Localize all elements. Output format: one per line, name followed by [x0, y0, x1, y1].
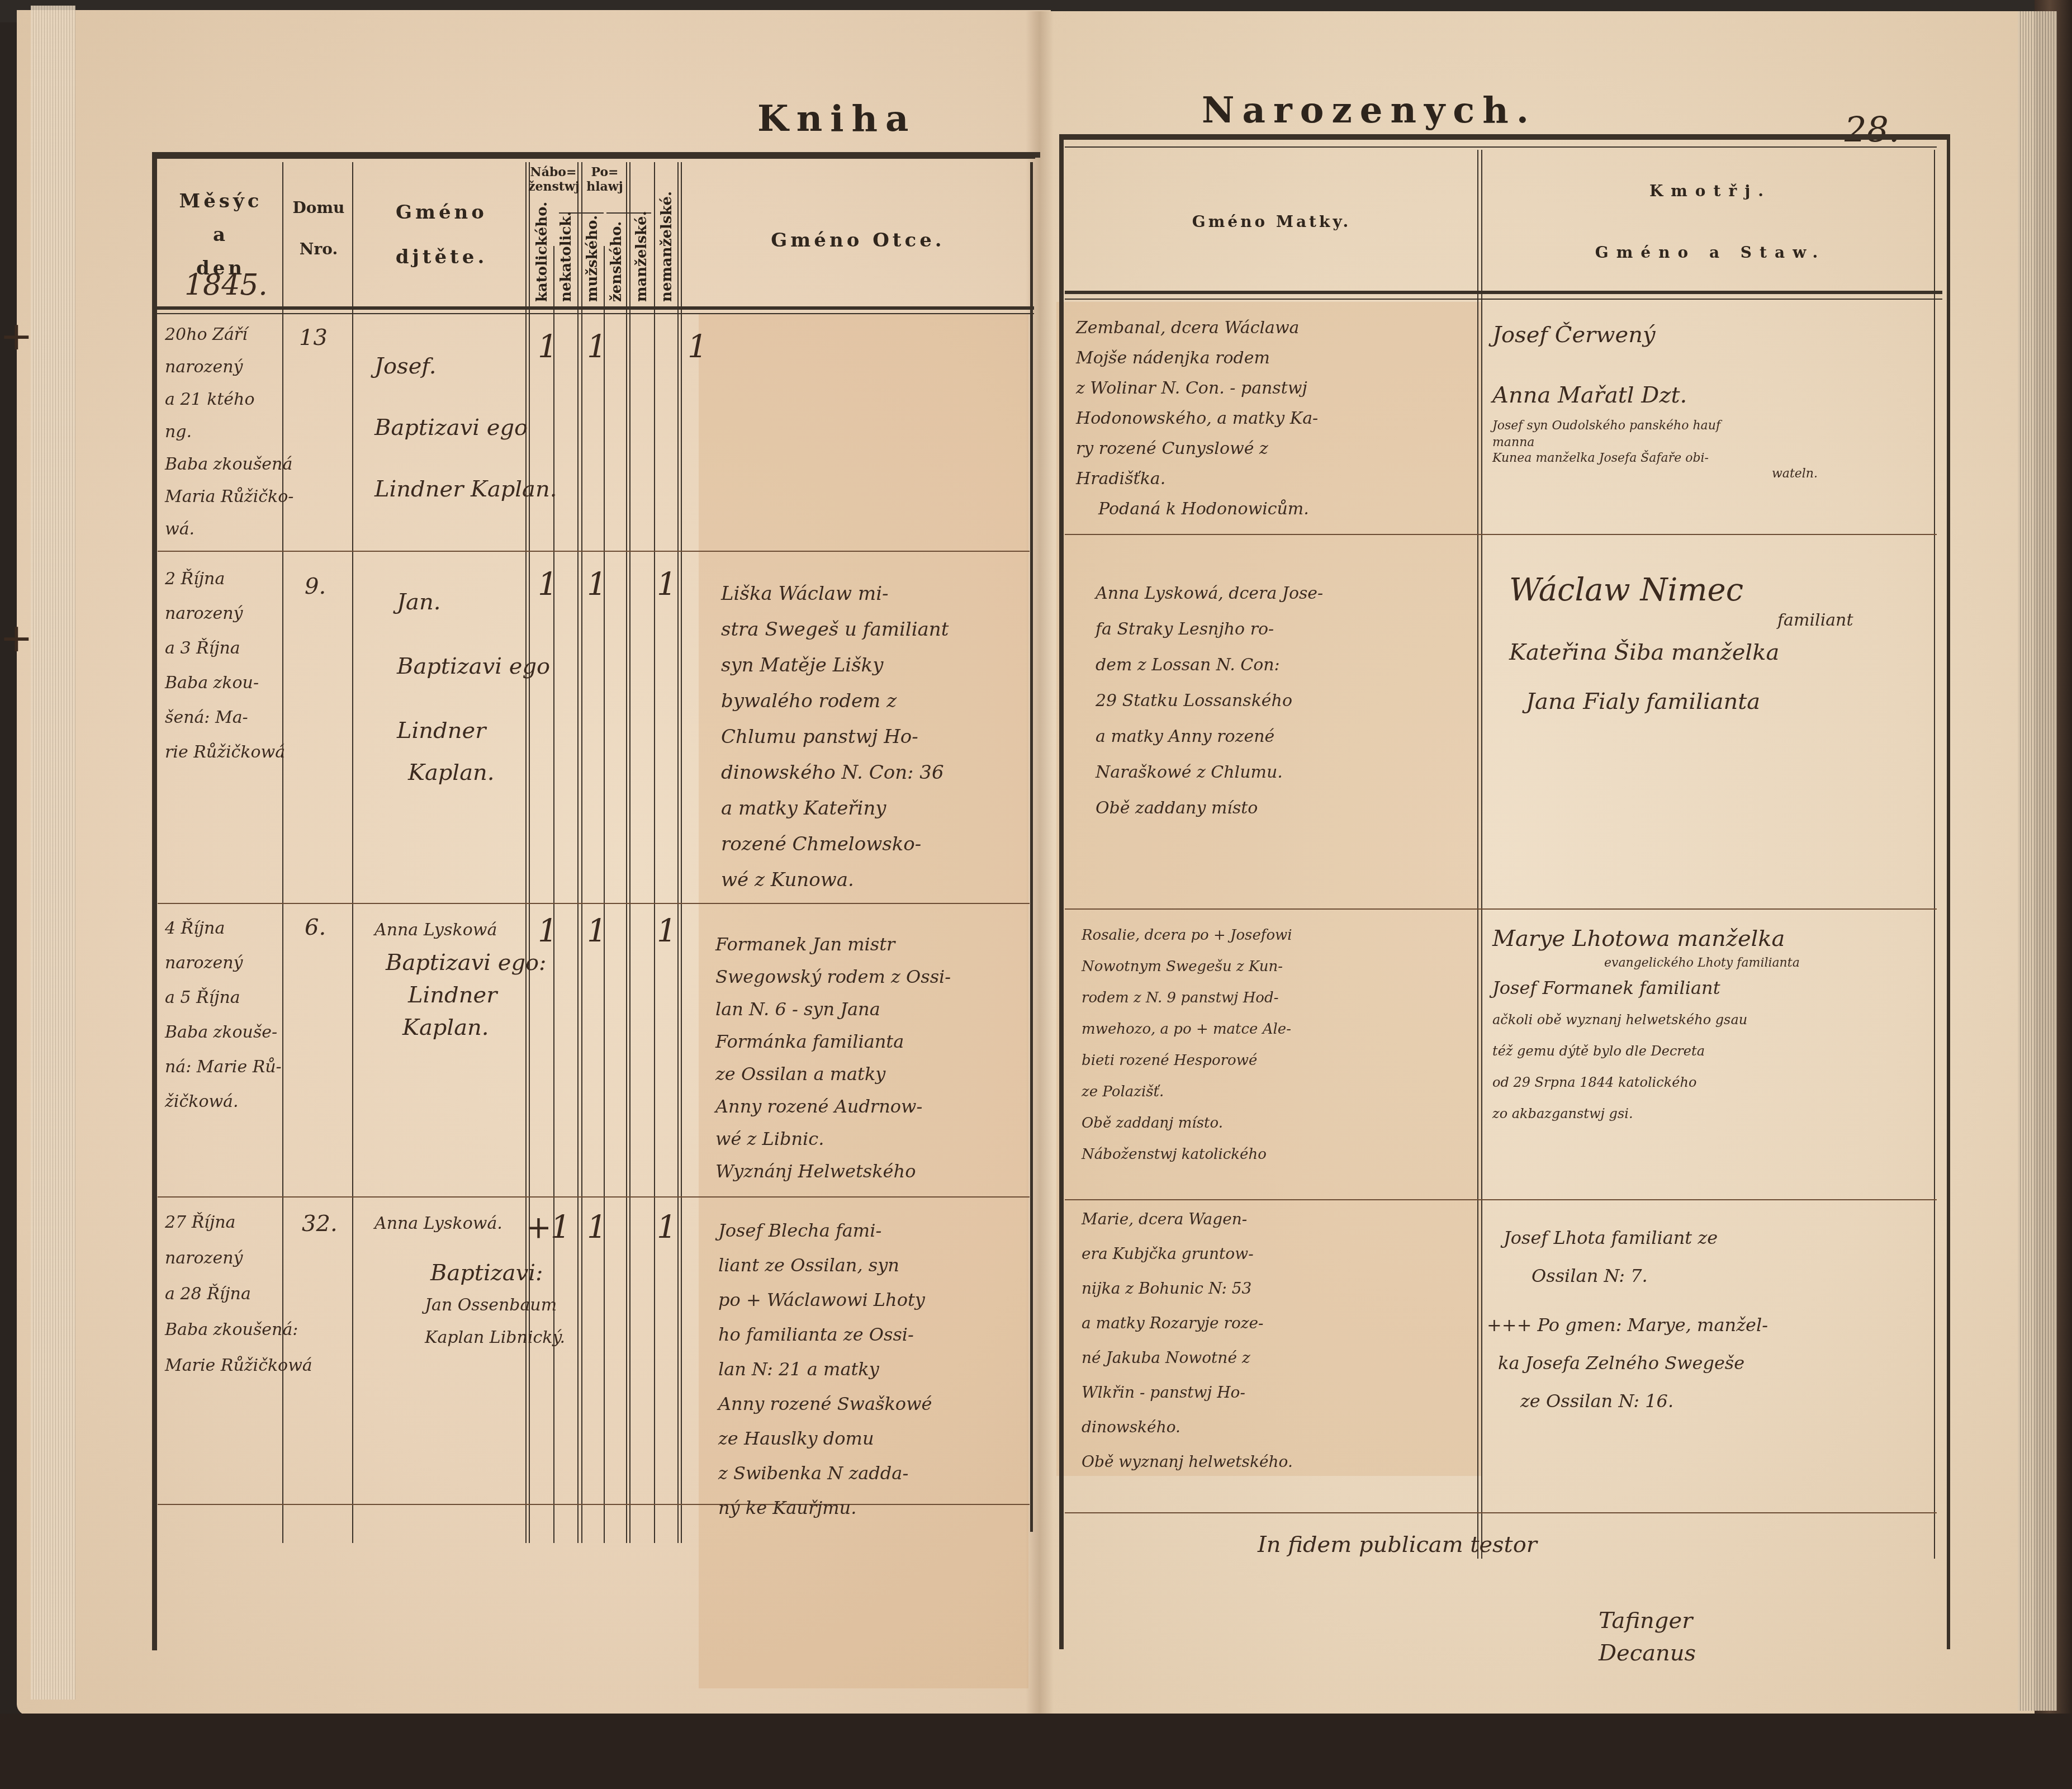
entry-mother-line: Obě zaddany místo: [1096, 791, 1323, 826]
entry-godparent-line: ačkoli obě wyznanj helwetského gsau: [1492, 1004, 1800, 1035]
entry-godparent-line: Josef Formanek familiant: [1492, 972, 1800, 1004]
signature-name: Tafinger: [1599, 1605, 1696, 1637]
header-father: Gméno Otce.: [687, 224, 1028, 257]
entry-mother-line: Podaná k Hodonowicům.: [1076, 494, 1318, 524]
entry-4-godparents: Josef Lhota familiant ze Ossilan N: 7. +…: [1487, 1219, 1768, 1420]
entry-father-line: Formanek Jan mistr: [715, 928, 951, 960]
entry-father-line: lan N: 21 a matky: [718, 1352, 932, 1386]
row-separator-1-right: [1065, 534, 1937, 535]
entry-father-line: syn Matěje Lišky: [721, 647, 949, 683]
entry-father-line: z Swibenka N zadda-: [718, 1456, 932, 1490]
entry-mother-line: Wlkřin - panstwj Ho-: [1082, 1375, 1293, 1410]
col-divider-religion-2: [581, 162, 582, 1543]
entry-father-line: Anny rozené Swaškowé: [718, 1386, 932, 1421]
header-mother: Gméno Matky.: [1065, 210, 1478, 234]
entry-father-line: lan N. 6 - syn Jana: [715, 993, 951, 1025]
entry-godparent-line: wateln.: [1492, 466, 1818, 482]
entry-2-child: Jan. Baptizavi ego Lindner Kaplan.: [397, 570, 550, 805]
entry-date-line: ng.: [165, 416, 293, 448]
entry-4-father: Josef Blecha fami- liant ze Ossilan, syn…: [718, 1213, 932, 1525]
entry-mother-line: Obě zaddanj místo.: [1082, 1108, 1292, 1139]
entry-godparent-line: Josef syn Oudolského panského hauf: [1492, 417, 1818, 435]
header-godparents: Kmotřj.: [1484, 179, 1937, 203]
entry-date-line: Baba zkou-: [165, 666, 285, 701]
header-religion-1: Nábo=: [528, 165, 579, 179]
header-house: Domu Nro.: [285, 196, 352, 262]
right-header-bottom-rule-2: [1065, 299, 1942, 300]
row-separator-1: [158, 551, 1030, 552]
header-child-name-label: Gméno: [358, 196, 525, 229]
attestation-text: In fidem publicam testor: [1258, 1532, 1537, 1558]
entry-date-line: Baba zkoušená: [165, 448, 293, 481]
entry-date-line: wá.: [165, 513, 293, 546]
entry-godparent-line: familiant: [1509, 610, 1853, 631]
col-divider-illegit: [677, 162, 679, 1543]
entry-date-line: 2 Října: [165, 562, 285, 597]
entry-date-line: a 21 ktého: [165, 384, 293, 416]
entry-3-date: 4 Října narozený a 5 Října Baba zkouše- …: [165, 911, 282, 1119]
entry-4-mark-male: 1: [587, 1208, 607, 1248]
entry-godparent-line: Ossilan N: 7.: [1487, 1257, 1768, 1295]
header-female: ženského.: [608, 221, 625, 302]
entry-mother-line: Anna Lyskowá, dcera Jose-: [1096, 576, 1323, 612]
entry-date-line: narozený: [165, 597, 285, 631]
entry-godparent-line: Jana Fialy familianta: [1509, 685, 1853, 718]
entry-1-date: 20ho Září narozený a 21 ktého ng. Baba z…: [165, 319, 293, 546]
col-divider-male: [604, 246, 605, 1543]
right-header-top-rule-2: [1065, 146, 1937, 148]
margin-cross-1: +: [0, 313, 33, 359]
entry-child-line: Baptizavi:: [374, 1257, 565, 1289]
entry-father-line: bywalého rodem z: [721, 683, 949, 719]
header-male: mužského.: [584, 221, 601, 302]
entry-father-line: Josef Blecha fami-: [718, 1213, 932, 1248]
header-noncatholic: nekatolick.: [558, 221, 575, 302]
header-house-nro: Nro.: [285, 237, 352, 262]
entry-godparent-line: ka Josefa Zelného Swegeše: [1487, 1344, 1768, 1382]
entry-mother-line: né Jakuba Nowotné z: [1082, 1341, 1293, 1375]
entry-child-line: Kaplan Libnický.: [374, 1322, 565, 1354]
header-religion: Nábo= ženstwj: [528, 165, 579, 194]
entry-child-line: Jan Ossenbaum: [374, 1289, 565, 1322]
entry-3-mark-male: 1: [587, 911, 607, 952]
entry-father-line: Swegowský rodem z Ossi-: [715, 960, 951, 993]
right-inner-border: [1934, 150, 1935, 1559]
entry-1-mark-male: 1: [587, 327, 607, 367]
right-header-bottom-rule: [1065, 291, 1942, 294]
entry-mother-line: Zembanal, dcera Wáclawa: [1076, 313, 1318, 343]
entry-2-mark-catholic: 1: [538, 565, 558, 605]
col-divider-mother: [1477, 150, 1478, 1559]
entry-mother-line: Rosalie, dcera po + Josefowi: [1082, 920, 1292, 951]
header-bottom-rule: [157, 306, 1034, 310]
header-sex-2: hlawj: [582, 179, 627, 194]
header-sex: Po= hlawj: [582, 165, 627, 194]
entry-4-mark-legit: 1: [657, 1208, 677, 1248]
row-separator-3-right: [1065, 1199, 1937, 1200]
entry-2-date: 2 Října narozený a 3 Října Baba zkou- še…: [165, 562, 285, 770]
entry-mother-line: z Wolinar N. Con. - panstwj: [1076, 373, 1318, 404]
entry-3-mother: Rosalie, dcera po + Josefowi Nowotnym Sw…: [1082, 920, 1292, 1170]
entry-godparent-line: zo akbazganstwj gsi.: [1492, 1098, 1800, 1129]
entry-father-line: wé z Libnic.: [715, 1123, 951, 1155]
entry-godparent-line: +++ Po gmen: Marye, manžel-: [1487, 1306, 1768, 1344]
title-left: Kniha: [757, 98, 916, 140]
entry-godparent-line: ze Ossilan N: 16.: [1487, 1382, 1768, 1420]
header-and-label: a: [162, 218, 279, 252]
entry-3-child: Anna Lyskowá Baptizavi ego: Lindner Kapl…: [374, 914, 547, 1044]
entry-child-line: Baptizavi ego: [374, 397, 557, 458]
header-child-name: Gméno djtěte.: [358, 196, 525, 274]
book-cover-bottom: [0, 1714, 2072, 1789]
header-illegitimate: nemanželské.: [658, 201, 675, 302]
entry-godparent-line: evangelického Lhoty familianta: [1492, 955, 1800, 972]
col-divider-mother-2: [1481, 150, 1482, 1559]
entry-4-mother: Marie, dcera Wagen- era Kubjčka gruntow-…: [1082, 1202, 1293, 1479]
entry-godparent-line: též gemu dýtě bylo dle Decreta: [1492, 1035, 1800, 1067]
entry-father-line: a matky Kateřiny: [721, 791, 949, 826]
entry-4-mark-catholic: 1: [551, 1208, 571, 1248]
entry-3-mark-legit: 1: [657, 911, 677, 952]
entry-father-line: Liška Wáclaw mi-: [721, 576, 949, 612]
entry-father-line: po + Wáclawowi Lhoty: [718, 1282, 932, 1317]
entry-date-line: Baba zkouše-: [165, 1015, 282, 1050]
signature-title: Decanus: [1599, 1637, 1696, 1669]
entry-date-line: Marie Růžičkowá: [165, 1348, 312, 1384]
entry-date-line: 20ho Září: [165, 319, 293, 351]
entry-1-house: 13: [299, 321, 328, 354]
entry-child-line: Kaplan.: [374, 1011, 547, 1044]
entry-date-line: žičkowá.: [165, 1085, 282, 1119]
entry-godparent-line: Marye Lhotowa manželka: [1492, 922, 1800, 955]
entry-godparent-line: Kunea manželka Josefa Šafaře obi-: [1492, 451, 1818, 466]
entry-father-line: Formánka familianta: [715, 1025, 951, 1058]
entry-1-mother: Zembanal, dcera Wáclawa Mojše nádenjka r…: [1076, 313, 1318, 524]
col-divider-sex: [626, 162, 627, 1543]
entry-mother-line: Nowotnym Swegešu z Kun-: [1082, 951, 1292, 982]
entry-mother-line: Obě wyznanj helwetského.: [1082, 1445, 1293, 1479]
entry-mother-line: dinowského.: [1082, 1410, 1293, 1445]
entry-godparent-line: Josef Čerwený: [1492, 319, 1818, 351]
entry-date-line: 27 Října: [165, 1205, 312, 1241]
entry-mother-line: ze Polazišť.: [1082, 1076, 1292, 1108]
row-separator-3: [158, 1196, 1030, 1198]
entry-mother-line: Náboženstwj katolického: [1082, 1139, 1292, 1170]
entry-3-mark-catholic: 1: [538, 911, 558, 952]
entry-date-line: narozený: [165, 351, 293, 384]
entry-child-line: Baptizavi ego: [397, 635, 550, 699]
title-right: Narozenych.: [1202, 89, 1537, 131]
entry-child-line: Anna Lyskowá: [374, 914, 547, 946]
entry-child-line: Jan.: [397, 570, 550, 635]
page-edges-left: [31, 6, 75, 1700]
entry-child-line: Baptizavi ego:: [374, 946, 547, 979]
entry-2-mark-legit: 1: [657, 565, 677, 605]
header-sex-1: Po=: [582, 165, 627, 179]
header-godparents-sub: Gméno a Staw.: [1484, 240, 1937, 265]
entry-4-date: 27 Října narozený a 28 Října Baba zkouše…: [165, 1205, 312, 1384]
entry-mother-line: ry rozené Cunyslowé z: [1076, 434, 1318, 464]
entry-father-line: ze Hauslky domu: [718, 1421, 932, 1456]
entry-godparent-line: Anna Mařatl Dzt.: [1492, 379, 1818, 411]
col-divider-sex-2: [629, 162, 630, 1543]
entry-father-line: dinowského N. Con: 36: [721, 755, 949, 791]
col-divider-legit: [654, 162, 655, 1543]
entry-father-line: stra Swegeš u familiant: [721, 612, 949, 647]
header-year: 1845.: [184, 268, 268, 302]
entry-child-line: Josef.: [374, 335, 557, 397]
entry-date-line: a 3 Října: [165, 631, 285, 666]
entry-godparent-line: od 29 Srpna 1844 katolického: [1492, 1067, 1800, 1098]
entry-child-line: Lindner: [374, 979, 547, 1011]
row-separator-4-right: [1065, 1512, 1937, 1513]
entry-1-mark-legit: 1: [687, 327, 708, 367]
entry-1-godparents: Josef Čerwený Anna Mařatl Dzt. Josef syn…: [1492, 319, 1818, 482]
entry-2-mother: Anna Lyskowá, dcera Jose- fa Straky Lesn…: [1096, 576, 1323, 826]
entry-mother-line: fa Straky Lesnjho ro-: [1096, 612, 1323, 647]
entry-2-mark-male: 1: [587, 565, 607, 605]
header-house-label: Domu: [285, 196, 352, 220]
entry-father-line: wé z Kunowa.: [721, 862, 949, 898]
entry-date-line: narozený: [165, 946, 282, 981]
margin-cross-2: +: [0, 615, 33, 661]
entry-3-house: 6.: [305, 911, 326, 944]
entry-father-line: ze Ossilan a matky: [715, 1058, 951, 1090]
col-divider-illegit-2: [681, 162, 682, 1543]
entry-4-house: 32.: [302, 1208, 338, 1240]
entry-child-line: Lindner Kaplan.: [374, 458, 557, 520]
entry-mother-line: 29 Statku Lossanského: [1096, 683, 1323, 719]
entry-father-line: liant ze Ossilan, syn: [718, 1248, 932, 1282]
entry-date-line: narozený: [165, 1241, 312, 1276]
row-separator-2-right: [1065, 908, 1937, 910]
header-catholic: katolického.: [534, 221, 551, 302]
entry-mother-line: era Kubjčka gruntow-: [1082, 1237, 1293, 1271]
header-religion-2: ženstwj: [528, 179, 579, 194]
entry-mother-line: Naraškowé z Chlumu.: [1096, 755, 1323, 791]
entry-mother-line: Mojše nádenjka rodem: [1076, 343, 1318, 373]
entry-2-godparents: Wáclaw Nimec familiant Kateřina Šiba man…: [1509, 570, 1853, 718]
attestation-signature: Tafinger Decanus: [1599, 1605, 1696, 1669]
entry-father-line: rozené Chmelowsko-: [721, 826, 949, 862]
col-divider-religion: [577, 162, 579, 1543]
entry-date-line: rie Růžičkowá: [165, 735, 285, 770]
col-divider-house: [352, 162, 353, 1543]
entry-mother-line: nijka z Bohunic N: 53: [1082, 1271, 1293, 1306]
entry-3-godparents: Marye Lhotowa manželka evangelického Lho…: [1492, 922, 1800, 1129]
entry-1-child: Josef. Baptizavi ego Lindner Kaplan.: [374, 335, 557, 520]
row-separator-2: [158, 903, 1030, 904]
entry-godparent-line: Wáclaw Nimec: [1509, 570, 1853, 610]
entry-date-line: a 5 Října: [165, 981, 282, 1015]
entry-godparent-line: Kateřina Šiba manželka: [1509, 636, 1853, 669]
entry-date-line: Baba zkoušená:: [165, 1312, 312, 1348]
entry-mother-line: a matky Anny rozené: [1096, 719, 1323, 755]
entry-4-mark-cross: +: [525, 1208, 552, 1248]
left-table-right-border: [1030, 162, 1033, 1532]
header-top-rule: [152, 157, 1035, 159]
entry-mother-line: mwehozo, a po + matce Ale-: [1082, 1014, 1292, 1045]
header-bottom-rule-2: [157, 313, 1034, 314]
entry-date-line: Maria Růžičko-: [165, 481, 293, 513]
entry-father-line: Wyznánj Helwetského: [715, 1155, 951, 1187]
entry-2-father: Liška Wáclaw mi- stra Swegeš u familiant…: [721, 576, 949, 898]
entry-mother-line: dem z Lossan N. Con:: [1096, 647, 1323, 683]
entry-mother-line: Hodonowského, a matky Ka-: [1076, 404, 1318, 434]
entry-mother-line: Marie, dcera Wagen-: [1082, 1202, 1293, 1237]
entry-mother-line: rodem z N. 9 panstwj Hod-: [1082, 982, 1292, 1014]
entry-mother-line: a matky Rozaryje roze-: [1082, 1306, 1293, 1341]
entry-godparent-line: manna: [1492, 435, 1818, 451]
entry-father-line: Anny rozené Audrnow-: [715, 1090, 951, 1123]
entry-father-line: Chlumu panstwj Ho-: [721, 719, 949, 755]
entry-date-line: 4 Října: [165, 911, 282, 946]
entry-date-line: a 28 Října: [165, 1276, 312, 1312]
entry-date-line: ná: Marie Rů-: [165, 1050, 282, 1085]
entry-child-line: Kaplan.: [397, 741, 550, 805]
entry-father-line: ný ke Kauřjmu.: [718, 1490, 932, 1525]
header-child-label: djtěte.: [358, 240, 525, 274]
header-legitimate: manželské.: [633, 201, 650, 302]
entry-date-line: šená: Ma-: [165, 701, 285, 735]
entry-father-line: ho familianta ze Ossi-: [718, 1317, 932, 1352]
entry-godparent-line: Josef Lhota familiant ze: [1487, 1219, 1768, 1257]
entry-mother-line: Hradišťka.: [1076, 464, 1318, 494]
entry-2-house: 9.: [305, 570, 326, 603]
page-edges-right: [2018, 11, 2057, 1711]
entry-1-mark-catholic: 1: [538, 327, 558, 367]
entry-3-father: Formanek Jan mistr Swegowský rodem z Oss…: [715, 928, 951, 1187]
header-month-label: Měsýc: [162, 184, 279, 218]
entry-mother-line: bieti rozené Hesporowé: [1082, 1045, 1292, 1076]
